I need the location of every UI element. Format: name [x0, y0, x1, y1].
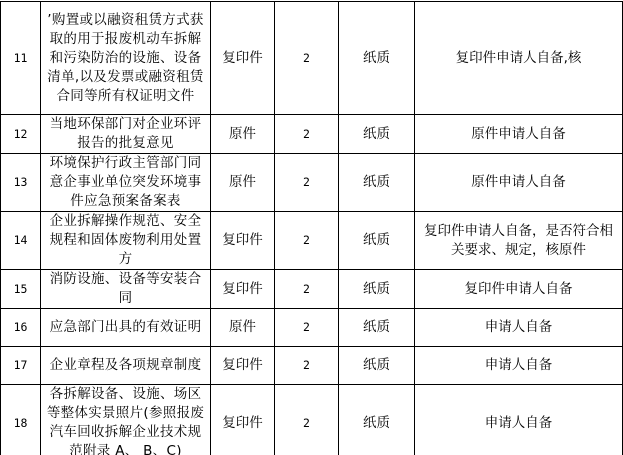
- row-index: 11: [1, 2, 41, 115]
- material-description: 消防设施、设备等安装合同: [41, 270, 211, 309]
- material-description: 环境保护行政主管部门同意企事业单位突发环境事件应急预案备案表: [41, 154, 211, 212]
- row-index: 16: [1, 309, 41, 347]
- remark: 申请人自备: [415, 309, 623, 347]
- remark: 原件申请人自备: [415, 115, 623, 154]
- copy-type: 复印件: [211, 270, 275, 309]
- copy-type: 原件: [211, 115, 275, 154]
- quantity: 2: [275, 2, 339, 115]
- table-row: 18 各拆解设备、设施、场区等整体实景照片(参照报废汽车回收拆解企业技术规范附录…: [1, 385, 623, 455]
- remark: 复印件申请人自备,核: [415, 2, 623, 115]
- row-index: 17: [1, 347, 41, 385]
- medium: 纸质: [339, 270, 415, 309]
- copy-type: 复印件: [211, 212, 275, 270]
- material-description: 各拆解设备、设施、场区等整体实景照片(参照报废汽车回收拆解企业技术规范附录 A、…: [41, 385, 211, 455]
- medium: 纸质: [339, 2, 415, 115]
- quantity: 2: [275, 309, 339, 347]
- row-index: 13: [1, 154, 41, 212]
- materials-table: 11 ’购置或以融资租赁方式获取的用于报废机动车拆解和污染防治的设施、设备清单,…: [0, 1, 623, 455]
- quantity: 2: [275, 347, 339, 385]
- material-description: ’购置或以融资租赁方式获取的用于报废机动车拆解和污染防治的设施、设备清单,以及发…: [41, 2, 211, 115]
- remark: 原件申请人自备: [415, 154, 623, 212]
- material-description: 应急部门出具的有效证明: [41, 309, 211, 347]
- medium: 纸质: [339, 115, 415, 154]
- medium: 纸质: [339, 385, 415, 455]
- remark: 复印件申请人自备: [415, 270, 623, 309]
- copy-type: 复印件: [211, 2, 275, 115]
- material-description: 当地环保部门对企业环评报告的批复意见: [41, 115, 211, 154]
- medium: 纸质: [339, 154, 415, 212]
- row-index: 14: [1, 212, 41, 270]
- material-description: 企业章程及各项规章制度: [41, 347, 211, 385]
- quantity: 2: [275, 385, 339, 455]
- copy-type: 原件: [211, 154, 275, 212]
- row-index: 18: [1, 385, 41, 455]
- medium: 纸质: [339, 212, 415, 270]
- quantity: 2: [275, 212, 339, 270]
- remark: 申请人自备: [415, 385, 623, 455]
- quantity: 2: [275, 270, 339, 309]
- row-index: 12: [1, 115, 41, 154]
- table-row: 15 消防设施、设备等安装合同 复印件 2 纸质 复印件申请人自备: [1, 270, 623, 309]
- copy-type: 复印件: [211, 385, 275, 455]
- remark: 申请人自备: [415, 347, 623, 385]
- table-row: 12 当地环保部门对企业环评报告的批复意见 原件 2 纸质 原件申请人自备: [1, 115, 623, 154]
- remark: 复印件申请人自备，是否符合相关要求、规定，核原件: [415, 212, 623, 270]
- copy-type: 原件: [211, 309, 275, 347]
- table-row: 13 环境保护行政主管部门同意企事业单位突发环境事件应急预案备案表 原件 2 纸…: [1, 154, 623, 212]
- quantity: 2: [275, 115, 339, 154]
- table-row: 17 企业章程及各项规章制度 复印件 2 纸质 申请人自备: [1, 347, 623, 385]
- table-row: 14 企业拆解操作规范、安全规程和固体废物利用处置方 复印件 2 纸质 复印件申…: [1, 212, 623, 270]
- material-description: 企业拆解操作规范、安全规程和固体废物利用处置方: [41, 212, 211, 270]
- materials-table-body: 11 ’购置或以融资租赁方式获取的用于报废机动车拆解和污染防治的设施、设备清单,…: [1, 2, 623, 455]
- row-index: 15: [1, 270, 41, 309]
- copy-type: 复印件: [211, 347, 275, 385]
- quantity: 2: [275, 154, 339, 212]
- medium: 纸质: [339, 347, 415, 385]
- table-row: 11 ’购置或以融资租赁方式获取的用于报废机动车拆解和污染防治的设施、设备清单,…: [1, 2, 623, 115]
- medium: 纸质: [339, 309, 415, 347]
- table-row: 16 应急部门出具的有效证明 原件 2 纸质 申请人自备: [1, 309, 623, 347]
